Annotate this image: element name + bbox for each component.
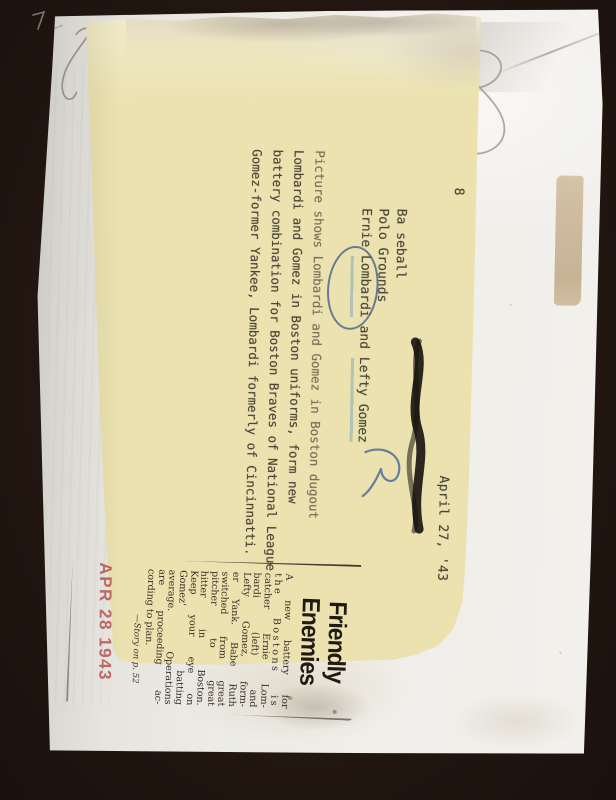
caption-date: April 27, '43 (434, 475, 451, 581)
blue-circled-name: Lombardi (353, 255, 374, 318)
photo-verso-scan: { "frame_color": "#261812", "photo_back"… (0, 0, 616, 800)
headline-line: Friendly (321, 566, 353, 719)
news-clipping: Friendly Enemies A new battery for the B… (66, 555, 365, 721)
page-number: 8 (451, 188, 466, 196)
date-stamp: APR 28 1943 (94, 562, 115, 681)
stain (450, 692, 582, 751)
clipping-content: Friendly Enemies A new battery for the B… (66, 555, 365, 721)
headline-line: Enemies (294, 565, 326, 718)
blue-underlined-name: Lefty Gomez (353, 357, 371, 443)
photo-back: 8 April 27, '43 Ba seball Polo Grounds E… (28, 3, 610, 768)
pencil-numeral-7-mark (30, 8, 50, 32)
caption-slug-block: Ba seball Polo Grounds Ernie Lombardi an… (351, 208, 410, 444)
clipping-headline: Friendly Enemies (294, 565, 353, 719)
caption-body-block: Picture shows Lombardi and Gomez in Bost… (239, 149, 330, 572)
clipping-body: A new battery for the Bostons is catcher… (141, 569, 294, 709)
tape-residue (554, 175, 584, 306)
blue-pen-squiggle (361, 442, 408, 501)
credit-line: Ernie Lombardi and Lefty Gomez (351, 208, 375, 443)
